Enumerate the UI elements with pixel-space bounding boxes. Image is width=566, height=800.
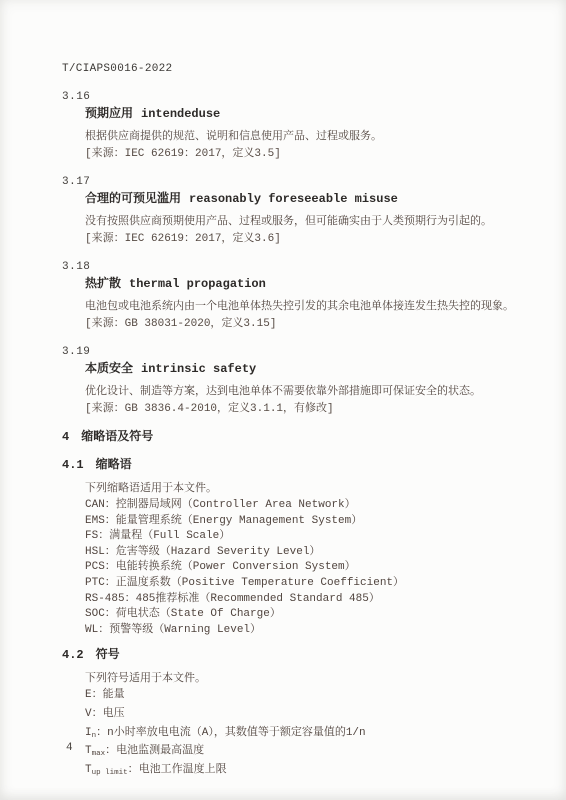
symbol-desc: ：能量 <box>92 689 125 701</box>
term-title: 预期应用intendeduse <box>85 107 534 122</box>
abbr-item-wl: WL：预警等级（Warning Level） <box>85 623 534 639</box>
term-title: 合理的可预见滥用reasonably foreseeable misuse <box>85 192 534 207</box>
clause-4-2-heading: 4.2符号 <box>62 648 534 663</box>
symbol-intro: 下列符号适用于本文件。 <box>85 672 534 687</box>
term-source: [来源：GB 3836.4-2010，定义3.1.1，有修改] <box>85 402 534 417</box>
abbr-item-hsl: HSL：危害等级（Hazard Severity Level） <box>85 545 534 561</box>
term-source: [来源：IEC 62619：2017，定义3.6] <box>85 232 534 247</box>
term-3-19: 3.19 本质安全intrinsic safety 优化设计、制造等方案，达到电… <box>62 345 534 417</box>
symbol-item-e: E：能量 <box>85 688 534 707</box>
term-title: 热扩散thermal propagation <box>85 277 534 292</box>
symbol-item-tuplimit: Tup limit：电池工作温度上限 <box>85 763 534 782</box>
term-definition: 根据供应商提供的规范、说明和信息使用产品、过程或服务。 <box>85 130 534 145</box>
term-3-17: 3.17 合理的可预见滥用reasonably foreseeable misu… <box>62 175 534 247</box>
term-title-zh: 合理的可预见滥用 <box>85 192 181 206</box>
symbol-desc: ：电池工作温度上限 <box>128 764 227 776</box>
term-title-en: reasonably foreseeable misuse <box>189 192 398 206</box>
symbol-subscript: up limit <box>92 769 128 777</box>
abbr-item-can: CAN：控制器局域网（Controller Area Network） <box>85 498 534 514</box>
clause-title: 符号 <box>96 648 120 662</box>
abbr-intro: 下列缩略语适用于本文件。 <box>85 482 534 497</box>
term-title-en: intrinsic safety <box>141 362 256 376</box>
symbol-base: T <box>85 764 92 776</box>
term-number: 3.17 <box>62 175 534 189</box>
symbol-base: I <box>85 727 92 739</box>
symbol-desc: ：电池监测最高温度 <box>105 745 204 757</box>
document-page: T/CIAPS0016-2022 3.16 预期应用intendeduse 根据… <box>0 0 566 800</box>
symbol-desc: ：电压 <box>92 708 125 720</box>
term-definition: 没有按照供应商预期使用产品、过程或服务，但可能确实由于人类预期行为引起的。 <box>85 215 534 230</box>
doc-code-header: T/CIAPS0016-2022 <box>62 62 534 76</box>
term-definition: 优化设计、制造等方案，达到电池单体不需要依靠外部措施即可保证安全的状态。 <box>85 385 534 400</box>
abbr-item-ptc: PTC：正温度系数（Positive Temperature Coefficie… <box>85 576 534 592</box>
term-number: 3.18 <box>62 260 534 274</box>
term-title: 本质安全intrinsic safety <box>85 362 534 377</box>
term-number: 3.19 <box>62 345 534 359</box>
term-title-zh: 本质安全 <box>85 362 133 376</box>
symbol-base: V <box>85 708 92 720</box>
abbr-item-soc: SOC：荷电状态（State Of Charge） <box>85 607 534 623</box>
term-definition: 电池包或电池系统内由一个电池单体热失控引发的其余电池单体接连发生热失控的现象。 <box>85 300 534 315</box>
term-title-en: intendeduse <box>141 107 220 121</box>
term-title-en: thermal propagation <box>129 277 266 291</box>
clause-4-1-heading: 4.1缩略语 <box>62 458 534 473</box>
abbr-item-fs: FS：满量程（Full Scale） <box>85 529 534 545</box>
symbol-subscript: max <box>92 750 106 758</box>
abbr-item-pcs: PCS：电能转换系统（Power Conversion System） <box>85 560 534 576</box>
abbr-item-ems: EMS：能量管理系统（Energy Management System） <box>85 514 534 530</box>
symbol-list: E：能量 V：电压 In：n小时率放电电流（A），其数值等于额定容量值的1/n … <box>85 688 534 781</box>
symbol-desc: ：n小时率放电电流（A），其数值等于额定容量值的1/n <box>96 727 366 739</box>
clause-number: 4.1 <box>62 458 84 472</box>
term-title-zh: 预期应用 <box>85 107 133 121</box>
page-number: 4 <box>66 742 73 754</box>
symbol-base: T <box>85 745 92 757</box>
term-number: 3.16 <box>62 90 534 104</box>
symbol-item-v: V：电压 <box>85 707 534 726</box>
clause-title: 缩略语及符号 <box>81 430 153 444</box>
symbol-item-tmax: Tmax：电池监测最高温度 <box>85 744 534 763</box>
term-title-zh: 热扩散 <box>85 277 121 291</box>
term-3-18: 3.18 热扩散thermal propagation 电池包或电池系统内由一个… <box>62 260 534 332</box>
terms-section: 3.16 预期应用intendeduse 根据供应商提供的规范、说明和信息使用产… <box>62 90 534 417</box>
clause-title: 缩略语 <box>96 458 132 472</box>
symbol-item-in: In：n小时率放电电流（A），其数值等于额定容量值的1/n <box>85 726 534 745</box>
clause-number: 4.2 <box>62 648 84 662</box>
symbol-base: E <box>85 689 92 701</box>
term-source: [来源：IEC 62619：2017，定义3.5] <box>85 147 534 162</box>
term-source: [来源：GB 38031-2020，定义3.15] <box>85 317 534 332</box>
abbr-item-rs485: RS-485：485推荐标准（Recommended Standard 485） <box>85 592 534 608</box>
page-content: T/CIAPS0016-2022 3.16 预期应用intendeduse 根据… <box>62 62 534 781</box>
clause-number: 4 <box>62 430 69 444</box>
clause-4-heading: 4缩略语及符号 <box>62 430 534 445</box>
abbr-list: CAN：控制器局域网（Controller Area Network） EMS：… <box>85 498 534 638</box>
term-3-16: 3.16 预期应用intendeduse 根据供应商提供的规范、说明和信息使用产… <box>62 90 534 162</box>
